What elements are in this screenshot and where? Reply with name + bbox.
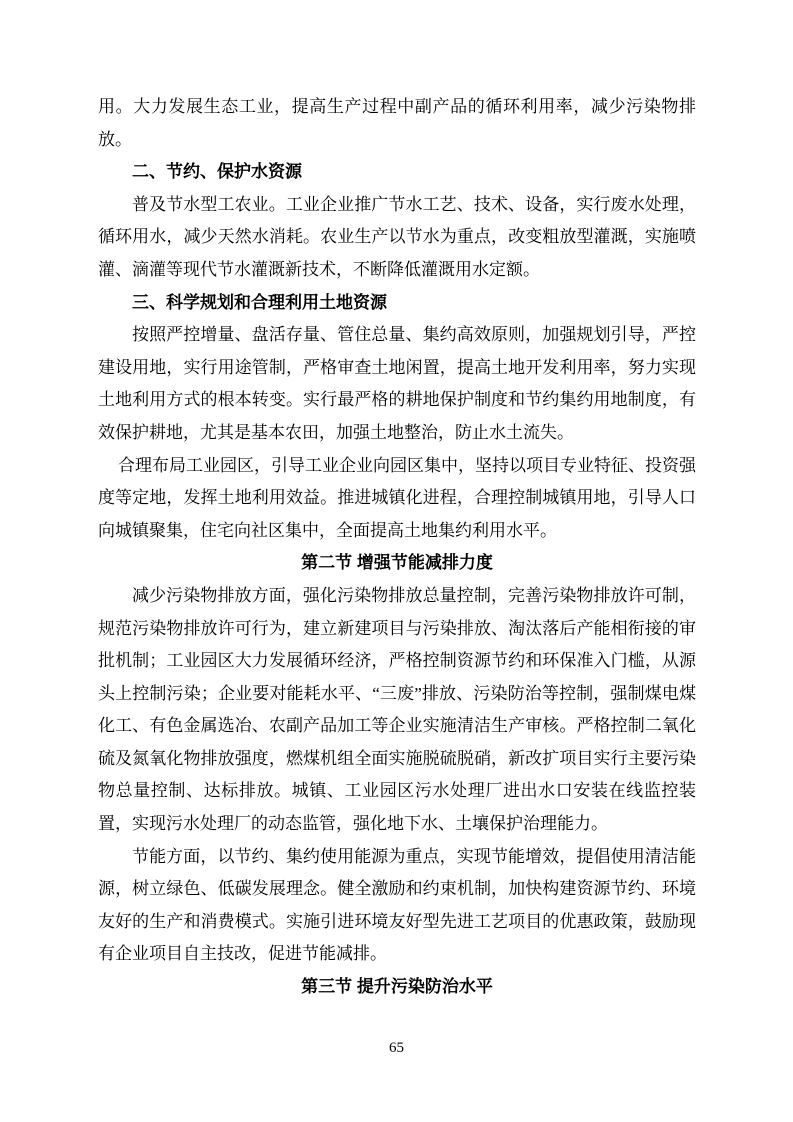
heading-center: 第二节 增强节能减排力度 <box>98 547 696 580</box>
document-content: 用。大力发展生态工业，提高生产过程中副产品的循环利用率，减少污染物排放。二、节约… <box>98 91 696 1004</box>
paragraph: 合理布局工业园区，引导工业企业向园区集中，坚持以项目专业特征、投资强度等定地，发… <box>98 450 696 548</box>
heading-left: 三、科学规划和合理利用土地资源 <box>98 287 696 320</box>
paragraph: 按照严控增量、盘活存量、管住总量、集约高效原则，加强规划引导，严控建设用地，实行… <box>98 319 696 449</box>
paragraph: 普及节水型工农业。工业企业推广节水工艺、技术、设备，实行废水处理，循环用水，减少… <box>98 189 696 287</box>
page-number: 65 <box>389 1040 404 1056</box>
page-footer: 65 <box>0 1038 793 1058</box>
document-page: 用。大力发展生态工业，提高生产过程中副产品的循环利用率，减少污染物排放。二、节约… <box>0 0 793 1122</box>
paragraph: 减少污染物排放方面，强化污染物排放总量控制，完善污染物排放许可制，规范污染物排放… <box>98 580 696 841</box>
heading-center: 第三节 提升污染防治水平 <box>98 971 696 1004</box>
paragraph: 节能方面，以节约、集约使用能源为重点，实现节能增效，提倡使用清洁能源，树立绿色、… <box>98 841 696 971</box>
paragraph: 用。大力发展生态工业，提高生产过程中副产品的循环利用率，减少污染物排放。 <box>98 91 696 156</box>
heading-left: 二、节约、保护水资源 <box>98 156 696 189</box>
